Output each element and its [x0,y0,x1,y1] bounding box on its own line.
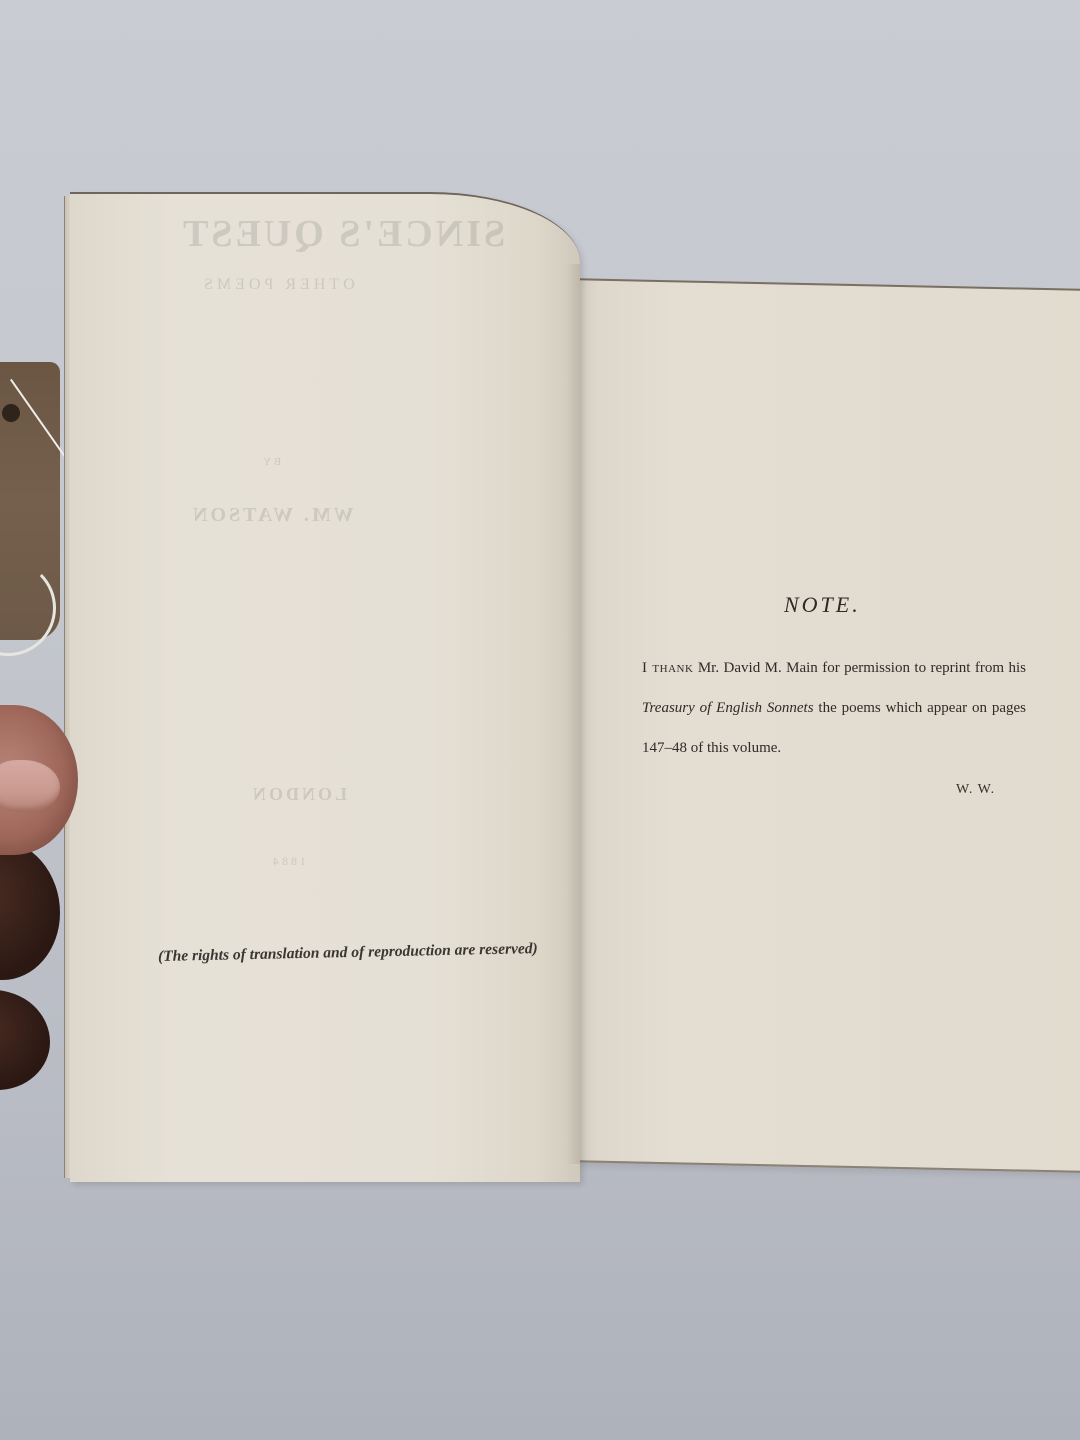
note-text-1: Mr. David M. Main for permission to repr… [693,660,1026,676]
tag-hole [2,404,20,422]
note-lead: I thank [642,660,693,676]
note-body: I thank Mr. David M. Main for permission… [642,648,1026,768]
finger-shadow-lower [0,990,50,1090]
note-book-title: Treasury of English Sonnets [642,700,814,716]
show-through-title: SINCE'S QUEST [180,212,505,256]
note-signature: W. W. [956,782,995,798]
photo-scene: NOTE. I thank Mr. David M. Main for perm… [0,0,1080,1440]
left-page[interactable]: SINCE'S QUEST OTHER POEMS BY WM. WATSON … [70,192,580,1182]
right-page: NOTE. I thank Mr. David M. Main for perm… [566,278,1080,1173]
show-through-subtitle: OTHER POEMS [200,276,355,294]
finger-shadow [0,840,60,980]
note-heading: NOTE. [784,592,861,618]
show-through-by: BY [260,456,281,468]
show-through-year: 1884 [270,854,306,869]
show-through-place: LONDON [250,784,347,805]
show-through-author: WM. WATSON [190,504,354,527]
